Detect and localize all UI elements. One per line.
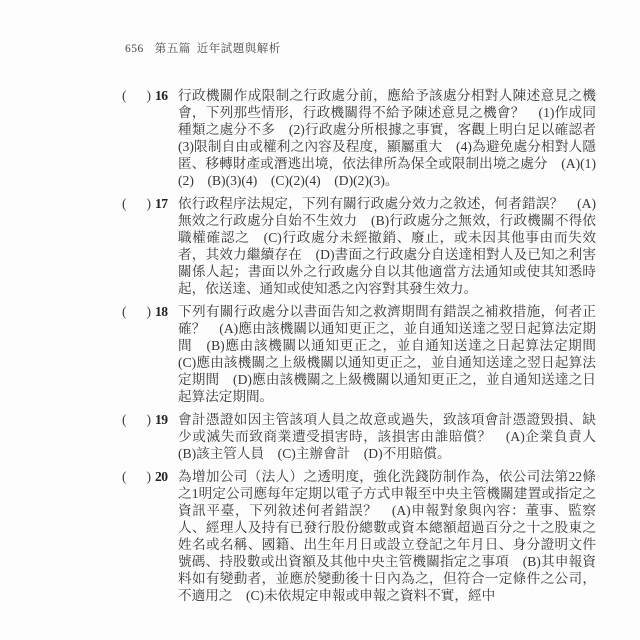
question-text: 為增加公司（法人）之透明度，強化洗錢防制作為，依公司法第22條之1明定公司應每年…: [178, 468, 596, 604]
question-number: 18: [155, 303, 176, 320]
open-paren: (: [122, 87, 127, 104]
open-paren: (: [122, 303, 127, 320]
question-list: ( ) 16 行政機關作成限制之行政處分前，應給予該處分相對人陳述意見之機會，下…: [122, 87, 596, 610]
answer-blank: ( ): [122, 411, 151, 428]
section-title: 近年試題與解析: [197, 40, 281, 56]
page-header: 656 第五篇 近年試題與解析: [125, 40, 281, 56]
answer-blank: ( ): [122, 303, 151, 320]
question-item-18: ( ) 18 下列有關行政處分以書面告知之救濟期間有錯誤之補救措施，何者正確？ …: [122, 303, 596, 405]
book-page: 656 第五篇 近年試題與解析 ( ) 16 行政機關作成限制之行政處分前，應給…: [0, 0, 640, 640]
question-text: 行政機關作成限制之行政處分前，應給予該處分相對人陳述意見之機會，下列那些情形，行…: [178, 87, 596, 189]
question-text: 下列有關行政處分以書面告知之救濟期間有錯誤之補救措施，何者正確？ (A)應由該機…: [178, 303, 596, 405]
close-paren: ): [146, 195, 151, 212]
question-number: 16: [155, 87, 176, 104]
close-paren: ): [146, 411, 151, 428]
question-number: 19: [155, 411, 176, 428]
page-number: 656: [125, 43, 144, 55]
answer-blank: ( ): [122, 195, 151, 212]
close-paren: ): [146, 87, 151, 104]
open-paren: (: [122, 195, 127, 212]
section-label: 第五篇: [155, 40, 191, 56]
open-paren: (: [122, 411, 127, 428]
question-number: 17: [155, 195, 176, 212]
question-item-16: ( ) 16 行政機關作成限制之行政處分前，應給予該處分相對人陳述意見之機會，下…: [122, 87, 596, 189]
open-paren: (: [122, 468, 127, 485]
question-item-17: ( ) 17 依行政程序法規定，下列有關行政處分效力之敘述，何者錯誤？ (A)無…: [122, 195, 596, 297]
close-paren: ): [146, 303, 151, 320]
question-text: 依行政程序法規定，下列有關行政處分效力之敘述，何者錯誤？ (A)無效之行政處分自…: [178, 195, 596, 297]
close-paren: ): [146, 468, 151, 485]
question-item-19: ( ) 19 會計憑證如因主管該項人員之故意或過失，致該項會計憑證毀損、缺少或滅…: [122, 411, 596, 462]
answer-blank: ( ): [122, 87, 151, 104]
question-number: 20: [155, 468, 176, 485]
question-item-20: ( ) 20 為增加公司（法人）之透明度，強化洗錢防制作為，依公司法第22條之1…: [122, 468, 596, 604]
answer-blank: ( ): [122, 468, 151, 485]
question-text: 會計憑證如因主管該項人員之故意或過失，致該項會計憑證毀損、缺少或滅失而致商業遭受…: [178, 411, 596, 462]
